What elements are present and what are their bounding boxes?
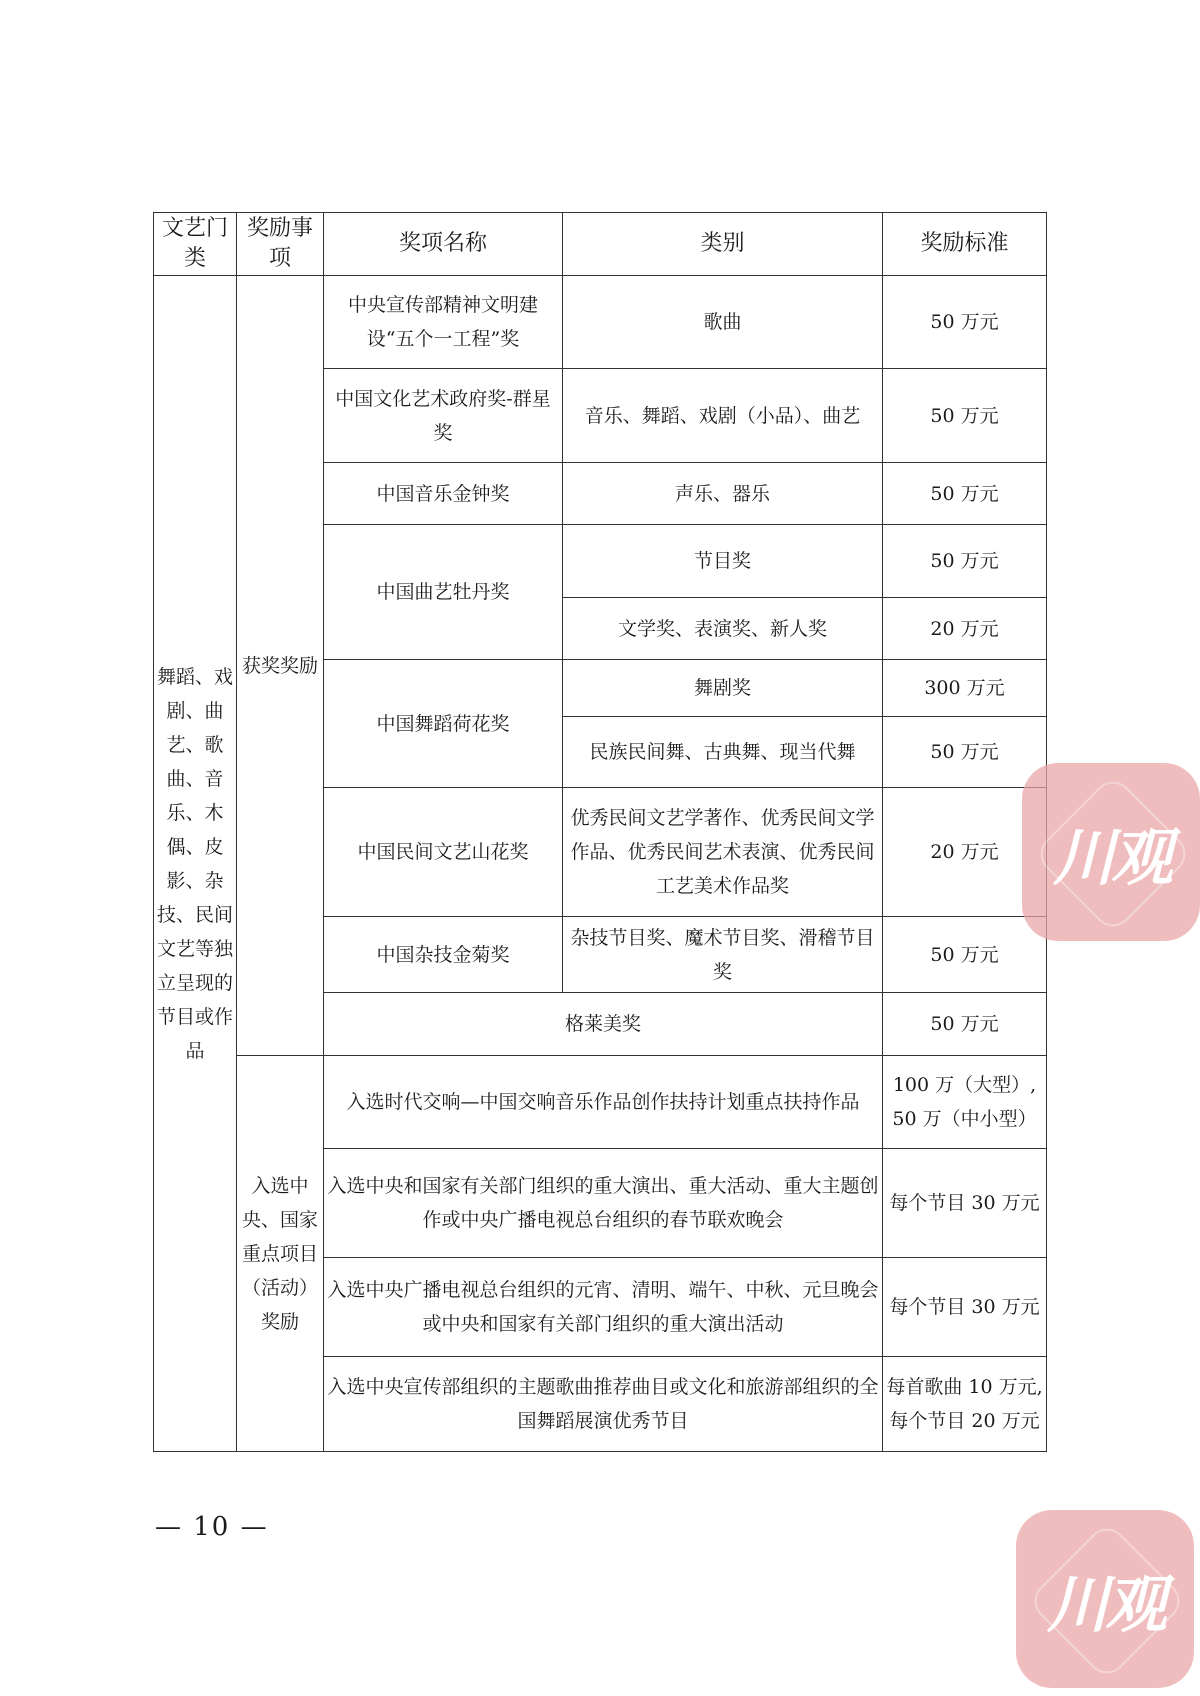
- header-category: 类别: [563, 213, 883, 276]
- reward-standard: 50 万元: [883, 463, 1047, 525]
- reward-standard: 20 万元: [883, 598, 1047, 660]
- reward-standard: 50 万元: [883, 717, 1047, 788]
- award-name: 中央宣传部精神文明建设“五个一工程”奖: [324, 276, 563, 369]
- award-name: 中国文化艺术政府奖-群星奖: [324, 369, 563, 463]
- reward-type-selected: 入选中央、国家重点项目（活动）奖励: [237, 1056, 324, 1452]
- watermark-text: 川观: [1053, 808, 1169, 897]
- table-row: 舞蹈、戏剧、曲艺、歌曲、音乐、木偶、皮影、杂技、民间文艺等独立呈现的节目或作品 …: [154, 276, 1047, 369]
- award-category: 舞剧奖: [563, 660, 883, 717]
- reward-standard: 50 万元: [883, 276, 1047, 369]
- reward-standard: 300 万元: [883, 660, 1047, 717]
- reward-standard: 50 万元: [883, 917, 1047, 993]
- award-category: 节目奖: [563, 525, 883, 598]
- watermark-text: 川观: [1047, 1555, 1163, 1644]
- header-award-name: 奖项名称: [324, 213, 563, 276]
- award-category: 声乐、器乐: [563, 463, 883, 525]
- reward-standard: 50 万元: [883, 369, 1047, 463]
- award-name: 中国曲艺牡丹奖: [324, 525, 563, 660]
- award-name: 中国音乐金钟奖: [324, 463, 563, 525]
- award-standards-table: 文艺门类 奖励事项 奖项名称 类别 奖励标准 舞蹈、戏剧、曲艺、歌曲、音乐、木偶…: [153, 212, 1047, 1452]
- award-category: 民族民间舞、古典舞、现当代舞: [563, 717, 883, 788]
- award-category: 文学奖、表演奖、新人奖: [563, 598, 883, 660]
- watermark-logo: 川观: [1016, 1510, 1194, 1688]
- reward-standard: 每个节目 30 万元: [883, 1149, 1047, 1258]
- reward-standard: 每个节目 30 万元: [883, 1258, 1047, 1357]
- reward-standard: 100 万（大型）,50 万（中小型）: [883, 1056, 1047, 1149]
- header-reward-item: 奖励事项: [237, 213, 324, 276]
- award-name: 中国民间文艺山花奖: [324, 788, 563, 917]
- table-header-row: 文艺门类 奖励事项 奖项名称 类别 奖励标准: [154, 213, 1047, 276]
- award-category: 杂技节目奖、魔术节目奖、滑稽节目奖: [563, 917, 883, 993]
- award-category: 音乐、舞蹈、戏剧（小品）、曲艺: [563, 369, 883, 463]
- art-category-cell: 舞蹈、戏剧、曲艺、歌曲、音乐、木偶、皮影、杂技、民间文艺等独立呈现的节目或作品: [154, 276, 237, 1452]
- selected-item: 入选中央宣传部组织的主题歌曲推荐曲目或文化和旅游部组织的全国舞蹈展演优秀节目: [324, 1357, 883, 1452]
- award-category: 歌曲: [563, 276, 883, 369]
- reward-standard: 50 万元: [883, 525, 1047, 598]
- award-category: 优秀民间文艺学著作、优秀民间文学作品、优秀民间艺术表演、优秀民间工艺美术作品奖: [563, 788, 883, 917]
- award-name: 中国舞蹈荷花奖: [324, 660, 563, 788]
- selected-item: 入选中央广播电视总台组织的元宵、清明、端午、中秋、元旦晚会或中央和国家有关部门组…: [324, 1258, 883, 1357]
- selected-item: 入选中央和国家有关部门组织的重大演出、重大活动、重大主题创作或中央广播电视总台组…: [324, 1149, 883, 1258]
- reward-standard: 50 万元: [883, 993, 1047, 1056]
- page-number: — 10 —: [155, 1512, 269, 1542]
- reward-standard: 每首歌曲 10 万元,每个节目 20 万元: [883, 1357, 1047, 1452]
- header-reward-standard: 奖励标准: [883, 213, 1047, 276]
- selected-item: 入选时代交响—中国交响音乐作品创作扶持计划重点扶持作品: [324, 1056, 883, 1149]
- table-row: 入选中央、国家重点项目（活动）奖励 入选时代交响—中国交响音乐作品创作扶持计划重…: [154, 1056, 1047, 1149]
- header-art-category: 文艺门类: [154, 213, 237, 276]
- reward-type-awards: 获奖奖励: [237, 276, 324, 1056]
- award-name: 格莱美奖: [324, 993, 883, 1056]
- award-name: 中国杂技金菊奖: [324, 917, 563, 993]
- watermark-logo: 川观: [1022, 763, 1200, 941]
